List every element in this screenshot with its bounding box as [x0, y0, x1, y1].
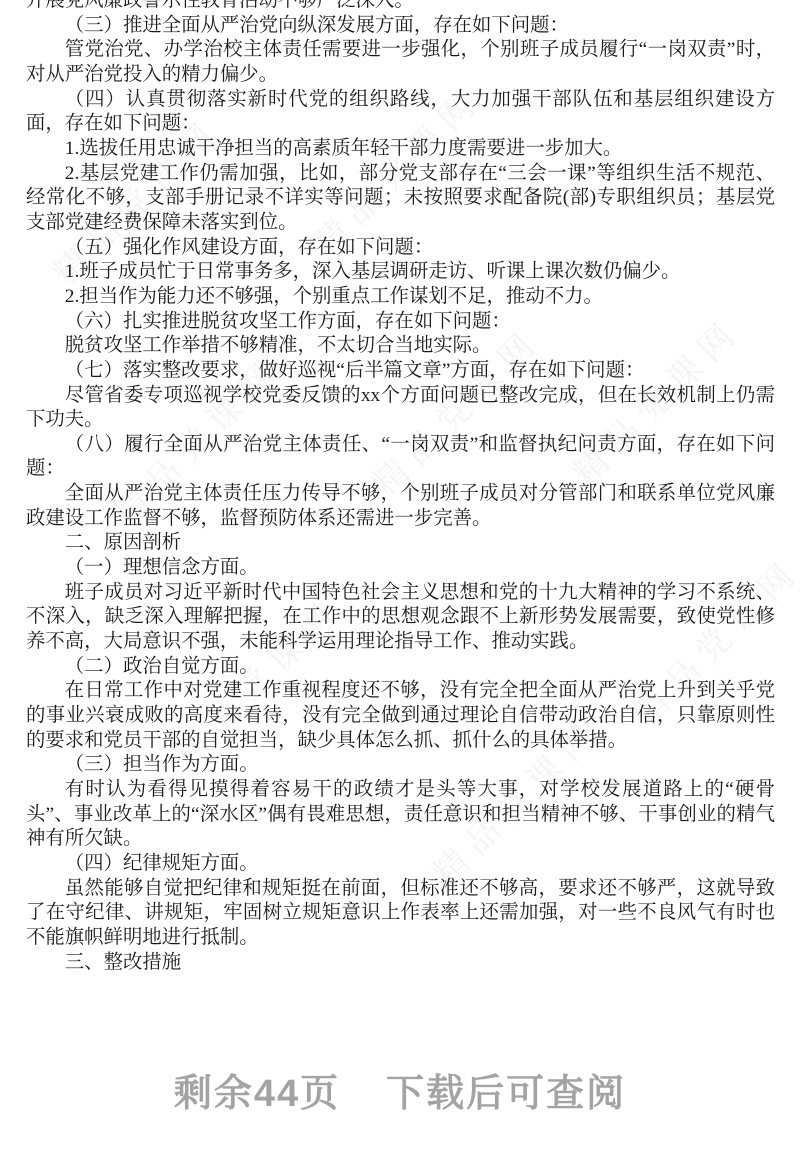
paragraph-section-heading: （六）扎实推进脱贫攻坚工作方面，存在如下问题：: [26, 310, 775, 335]
paragraph-section-heading: （四）纪律规矩方面。: [26, 852, 775, 877]
paragraph-section-heading: （一）理想信念方面。: [26, 556, 775, 581]
paragraph: 脱贫攻坚工作举措不够精准，不太切合当地实际。: [26, 334, 775, 359]
paragraph-chapter-heading: 三、整改措施: [26, 951, 775, 976]
paragraph-section-heading: （五）强化作风建设方面，存在如下问题：: [26, 236, 775, 261]
paragraph-section-heading: （三）推进全面从严治党向纵深发展方面，存在如下问题：: [26, 14, 775, 39]
paragraph: 有时认为看得见摸得着容易干的政绩才是头等大事，对学校发展道路上的“硬骨头”、事业…: [26, 778, 775, 852]
paragraph: 管党治党、办学治校主体责任需要进一步强化，个别班子成员履行“一岗双责”时，对从严…: [26, 38, 775, 87]
paragraph: 全面从严治党主体责任压力传导不够，个别班子成员对分管部门和联系单位党风廉政建设工…: [26, 482, 775, 531]
paragraph-section-heading: （四）认真贯彻落实新时代党的组织路线，大力加强干部队伍和基层组织建设方面，存在如…: [26, 88, 775, 137]
paragraph-list-item: 2.基层党建工作仍需加强，比如，部分党支部存在“三会一课”等组织生活不规范、经常…: [26, 162, 775, 236]
paragraph-section-heading: （八）履行全面从严治党主体责任、“一岗双责”和监督执纪问责方面，存在如下问题：: [26, 433, 775, 482]
remaining-pages-banner: 剩余44页下载后可查阅: [0, 1062, 800, 1117]
paragraph-list-item: 2.担当作为能力还不够强，个别重点工作谋划不足，推动不力。: [26, 285, 775, 310]
paragraph-list-item: 1.选拔任用忠诚干净担当的高素质年轻干部力度需要进一步加大。: [26, 137, 775, 162]
paragraph: 开展党风廉政警示性教育活动不够广泛深入。: [26, 0, 775, 14]
paragraph-section-heading: （二）政治自觉方面。: [26, 655, 775, 680]
paragraph: 班子成员对习近平新时代中国特色社会主义思想和党的十九大精神的学习不系统、不深入，…: [26, 581, 775, 655]
paragraph: 虽然能够自觉把纪律和规矩挺在前面，但标准还不够高，要求还不够严，这就导致了在守纪…: [26, 877, 775, 951]
paragraph: 尽管省委专项巡视学校党委反馈的xx个方面问题已整改完成，但在长效机制上仍需下功夫…: [26, 384, 775, 433]
paragraph-list-item: 1.班子成员忙于日常事务多，深入基层调研走访、听课上课次数仍偏少。: [26, 260, 775, 285]
document-page: 精品党课网 精品党课网 精品党课网 精品党课网 精品党课网 精品党课网 精品党课…: [0, 0, 800, 1168]
remaining-pages-text: 剩余44页: [174, 1073, 340, 1115]
paragraph-chapter-heading: 二、原因剖析: [26, 531, 775, 556]
download-hint-text: 下载后可查阅: [386, 1073, 626, 1115]
paragraph-section-heading: （三）担当作为方面。: [26, 753, 775, 778]
paragraph: 在日常工作中对党建工作重视程度还不够，没有完全把全面从严治党上升到关乎党的事业兴…: [26, 679, 775, 753]
paragraph-section-heading: （七）落实整改要求，做好巡视“后半篇文章”方面，存在如下问题：: [26, 359, 775, 384]
document-body: 开展党风廉政警示性教育活动不够广泛深入。 （三）推进全面从严治党向纵深发展方面，…: [26, 0, 775, 975]
